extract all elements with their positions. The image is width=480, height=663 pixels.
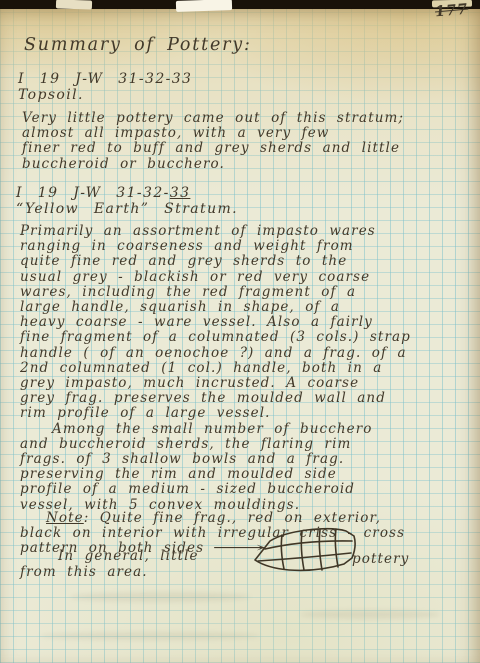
impasto-paragraph: Primarily an assortment of impasto wares… <box>20 224 411 422</box>
handwriting-line: from this area. <box>20 565 148 580</box>
bucchero-paragraph: Among the small number of buccheroand bu… <box>20 422 411 513</box>
handwriting-line: In general, little pottery <box>20 549 148 565</box>
crosshatched-sherd-sketch <box>249 520 363 580</box>
handwriting-line: grey frag. preserves the moulded wall an… <box>20 391 411 406</box>
handwriting-line: wares, including the red fragment of a <box>20 285 411 300</box>
page-number-struck-out: 177 <box>434 2 468 20</box>
handwriting-line: heavy coarse - ware vessel. Also a fairl… <box>20 315 411 330</box>
site-grid-label-underlined: 33 <box>170 185 191 201</box>
torn-paper-edge <box>56 0 92 10</box>
handwriting-line: frags. of 3 shallow bowls and a frag. <box>20 452 411 467</box>
handwriting-line: rim profile of a large vessel. <box>20 406 411 421</box>
handwriting-line: finer red to buff and grey sherds and li… <box>22 141 404 156</box>
handwriting-line: quite fine red and grey sherds to the <box>20 254 411 269</box>
section-header-topsoil: I 19 J-W 31-32-33 Topsoil. <box>18 72 192 103</box>
handwriting-line: preserving the rim and moulded side <box>20 467 411 482</box>
yellow-earth-body: Primarily an assortment of impasto wares… <box>20 224 411 513</box>
handwriting-line: handle ( of an oenochoe ?) and a frag. o… <box>20 346 411 361</box>
handwriting-line: large handle, squarish in shape, of a <box>20 300 411 315</box>
stratum-label: “Yellow Earth” Stratum. <box>16 202 238 218</box>
torn-paper-edge <box>176 0 232 12</box>
handwriting-line: grey impasto, much incrusted. A coarse <box>20 376 411 391</box>
ink-show-through-smudge <box>70 592 250 602</box>
handwriting-line: Very little pottery came out of this str… <box>22 111 404 126</box>
handwriting-line: Primarily an assortment of impasto wares <box>20 224 411 239</box>
section-header-yellow-earth: I 19 J-W 31-32-33 “Yellow Earth” Stratum… <box>16 186 238 217</box>
ink-show-through-smudge <box>300 610 440 619</box>
handwriting-line: buccheroid or bucchero. <box>22 157 404 172</box>
page-title: Summary of Pottery: <box>24 38 252 53</box>
handwriting-line: profile of a medium - sized buccheroid <box>20 482 411 497</box>
ink-show-through-smudge <box>40 632 260 640</box>
handwriting-line: 2nd columnated (1 col.) handle, both in … <box>20 361 411 376</box>
closing-text-pre: In general, little <box>58 549 199 564</box>
handwriting-line: usual grey - blackish or red very coarse <box>20 270 411 285</box>
stratum-label: Topsoil. <box>18 88 192 104</box>
handwriting-line: ranging in coarseness and weight from <box>20 239 411 254</box>
topsoil-paragraph: Very little pottery came out of this str… <box>22 111 404 172</box>
site-grid-label: I 19 J-W 31-32-33 <box>18 72 192 88</box>
handwriting-line: fine fragment of a columnated (3 cols.) … <box>20 330 411 345</box>
closing-remark: In general, little pottery from this are… <box>20 549 148 580</box>
handwriting-line: almost all impasto, with a very few <box>22 126 404 141</box>
site-grid-label: I 19 J-W 31-32-33 <box>16 186 238 202</box>
handwriting-line: and buccheroid sherds, the flaring rim <box>20 437 411 452</box>
note-label: Note <box>46 510 84 526</box>
scanned-notebook-page: { "page_number": "177", "title": "Summar… <box>0 0 480 663</box>
site-grid-label-main: I 19 J-W 31-32- <box>16 185 170 201</box>
closing-text-post: pottery <box>352 552 409 567</box>
handwriting-line: Among the small number of bucchero <box>20 422 411 437</box>
